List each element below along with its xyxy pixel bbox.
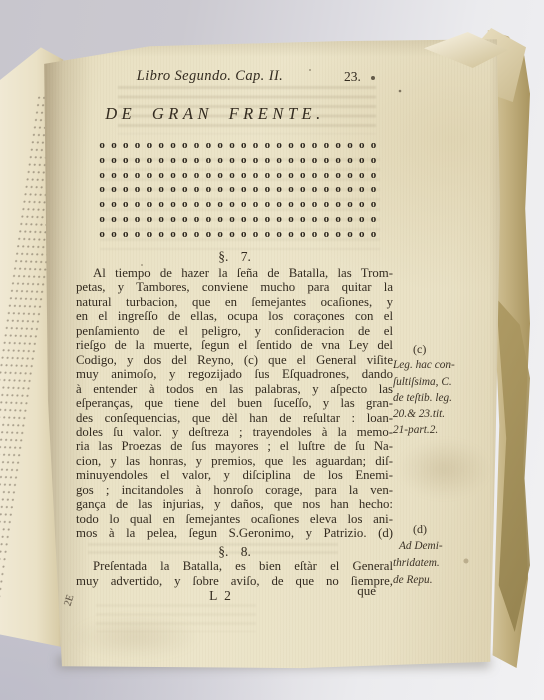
text-line: Al tiempo de hazer la ſeña de Batalla, l… xyxy=(76,266,393,280)
battle-formation-diagram: oooooooooooooooooooooooo ooooooooooooooo… xyxy=(92,138,390,242)
text-line: mos à la pelea, ſegun S.Geronimo, y Patr… xyxy=(76,526,393,540)
formation-row: oooooooooooooooooooooooo xyxy=(92,197,390,212)
text-line: petas, y Tambores, conviene mucho para q… xyxy=(76,280,393,294)
chapter-section-title: DE GRAN FRENTE. xyxy=(60,104,370,124)
note-line: 21-part.2. xyxy=(393,422,477,438)
formation-row: oooooooooooooooooooooooo xyxy=(92,153,390,168)
section-7-heading: §. 7. xyxy=(76,249,393,265)
text-line: à entender à todos en las palabras, y aſ… xyxy=(76,382,393,396)
book-photo: Libro Segundo. Cap. II. 23. DE GRAN FREN… xyxy=(0,0,544,700)
note-line: de teſtib. leg. xyxy=(393,390,477,406)
text-line: des conſequencias, que dèl han de reſult… xyxy=(76,411,393,425)
formation-row: oooooooooooooooooooooooo xyxy=(92,182,390,197)
formation-row: oooooooooooooooooooooooo xyxy=(92,212,390,227)
text-line: muy animoſo, y regozijado ſus Eſquadrone… xyxy=(76,367,393,381)
margin-note-c: (c) Leg. hac con- ſultiſsima, C. de teſt… xyxy=(393,341,477,439)
page-number: 23. xyxy=(344,69,384,85)
note-mark: (d) xyxy=(393,521,481,538)
catchword: que xyxy=(300,583,376,599)
note-mark: (c) xyxy=(393,341,477,357)
note-line: ſultiſsima, C. xyxy=(393,374,477,390)
text-line: doles ſu valor. y deſtreza ; trayendoles… xyxy=(76,425,393,439)
text-line: ria las Proezas de ſus mayores ; el luſt… xyxy=(76,439,393,453)
text-line: gos ; incitandoles à honroſo corage, par… xyxy=(76,483,393,497)
note-line: thridatem. xyxy=(393,555,481,572)
gutter-signature-mark: 2E xyxy=(63,594,77,608)
text-line: Preſentada la Batalla, es bien eſtàr el … xyxy=(76,559,393,574)
text-line: todo lo qual en ſemejantes ocaſiones ele… xyxy=(76,512,393,526)
running-title: Libro Segundo. Cap. II. xyxy=(90,68,330,85)
note-line: Leg. hac con- xyxy=(393,357,477,373)
note-line: Ad Demi- xyxy=(393,538,481,555)
formation-row: oooooooooooooooooooooooo xyxy=(92,168,390,183)
text-line: penſamiento de el peligro, y conſideraci… xyxy=(76,324,393,338)
text-line: natural turbacion, que en ſemejantes oca… xyxy=(76,295,393,309)
margin-note-d: (d) Ad Demi- thridatem. de Repu. xyxy=(393,521,481,589)
text-line: en el ingreſſo de ellas, ocupa los coraç… xyxy=(76,309,393,323)
printed-text-layer: Libro Segundo. Cap. II. 23. DE GRAN FREN… xyxy=(0,0,544,700)
text-line: cion, y las honras, y premios, que les a… xyxy=(76,454,393,468)
text-line: gança de las injurias, y daños, que nos … xyxy=(76,497,393,511)
text-line: rieſgo de la muerte, ſegun el ſentido de… xyxy=(76,338,393,352)
formation-row: oooooooooooooooooooooooo xyxy=(92,138,390,153)
formation-row: oooooooooooooooooooooooo xyxy=(92,227,390,242)
text-line: eſperanças, que tiene del buen ſuceſſo, … xyxy=(76,396,393,410)
text-line: Codigo, y dos del Reyno, (c) que el Gene… xyxy=(76,353,393,367)
text-line: minuyendoles el valor, y diſciplina de l… xyxy=(76,468,393,482)
note-line: de Repu. xyxy=(393,572,481,589)
section-7-paragraph: Al tiempo de hazer la ſeña de Batalla, l… xyxy=(76,266,393,541)
section-8-heading: §. 8. xyxy=(76,544,393,560)
note-line: 20.& 23.tit. xyxy=(393,406,477,422)
